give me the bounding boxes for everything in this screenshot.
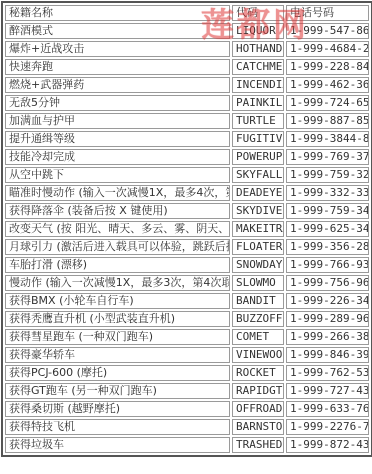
cheat-name-cell: 瞄准时慢动作 (输入一次减慢1X，最多4次，第5次取消) — [5, 185, 230, 201]
cheat-name-cell: 获得桑切斯 (越野摩托) — [5, 401, 230, 417]
phone-number-cell: 1-999-226-348 — [286, 293, 369, 309]
table-row: 月球引力 (激活后进入载具可以体验，跳跃后按 o(字母) 键漂浮)FLOATER… — [5, 239, 369, 255]
table-row: 慢动作 (输入一次减慢1X，最多3次，第4次取消)SLOWMO1-999-756… — [5, 275, 369, 291]
table-row: 获得GT跑车 (另一种双门跑车)RAPIDGT1-999-727-4348 — [5, 383, 369, 399]
cheat-name-cell: 快速奔跑 — [5, 59, 230, 75]
cheat-code-cell: RAPIDGT — [232, 383, 284, 399]
cheat-name-cell: 提升通缉等级 — [5, 131, 230, 147]
cheat-name-cell: 改变天气 (按 阳光、晴天、多云、雾、阴天、雨天、雷雨、下雪) — [5, 221, 230, 237]
cheat-code-cell: SNOWDAY — [232, 257, 284, 273]
table-row: 获得桑切斯 (越野摩托)OFFROAD1-999-633-7623 — [5, 401, 369, 417]
table-row: 燃烧+武器弹药INCENDIARY1-999-462-363-4279 — [5, 77, 369, 93]
header-phone: 电话号码 — [286, 5, 369, 21]
phone-number-cell: 1-999-759-3483 — [286, 203, 369, 219]
phone-number-cell: 1-999-759-3255 — [286, 167, 369, 183]
table-row: 车胎打滑 (漂移)SNOWDAY1-999-766-9329 — [5, 257, 369, 273]
header-code: 代码 — [232, 5, 284, 21]
cheat-code-cell: SLOWMO — [232, 275, 284, 291]
table-row: 获得特技飞机BARNSTORM1-999-2276-78676 — [5, 419, 369, 435]
cheat-code-cell: POWERUP — [232, 149, 284, 165]
cheat-name-cell: 获得PCJ-600 (摩托) — [5, 365, 230, 381]
cheat-code-cell: CATCHME — [232, 59, 284, 75]
cheat-name-cell: 技能冷却完成 — [5, 149, 230, 165]
cheat-code-cell: PAINKILLER — [232, 95, 284, 111]
header-cheat-name: 秘籍名称 — [5, 5, 230, 21]
table-row: 获得BMX (小轮车自行车)BANDIT1-999-226-348 — [5, 293, 369, 309]
cheat-name-cell: 获得降落伞 (装备后按 X 键使用) — [5, 203, 230, 219]
cheat-code-cell: FUGITIVE — [232, 131, 284, 147]
cheat-code-cell: SKYDIVE — [232, 203, 284, 219]
table-row: 提升通缉等级FUGITIVE1-999-3844-8483 — [5, 131, 369, 147]
cheat-name-cell: 无敌5分钟 — [5, 95, 230, 111]
cheat-name-cell: 从空中跳下 — [5, 167, 230, 183]
phone-number-cell: 1-999-266-38 — [286, 329, 369, 345]
phone-number-cell: 1-999-547-861 — [286, 23, 369, 39]
cheat-name-cell: 慢动作 (输入一次减慢1X，最多3次，第4次取消) — [5, 275, 230, 291]
cheat-code-cell: TURTLE — [232, 113, 284, 129]
cheat-name-cell: 车胎打滑 (漂移) — [5, 257, 230, 273]
cheat-name-cell: 获得BMX (小轮车自行车) — [5, 293, 230, 309]
cheat-name-cell: 燃烧+武器弹药 — [5, 77, 230, 93]
phone-number-cell: 1-999-756-966 — [286, 275, 369, 291]
table-row: 改变天气 (按 阳光、晴天、多云、雾、阴天、雨天、雷雨、下雪)MAKEITRAI… — [5, 221, 369, 237]
cheat-name-cell: 获得特技飞机 — [5, 419, 230, 435]
cheat-code-cell: BUZZOFF — [232, 311, 284, 327]
phone-number-cell: 1-999-769-3787 — [286, 149, 369, 165]
cheat-name-cell: 醉酒模式 — [5, 23, 230, 39]
table-row: 醉酒模式LIQUOR1-999-547-861 — [5, 23, 369, 39]
phone-number-cell: 1-999-846-39663 — [286, 347, 369, 363]
phone-number-cell: 1-999-356-2837 — [286, 239, 369, 255]
phone-number-cell: 1-999-228-8463 — [286, 59, 369, 75]
table-body: 醉酒模式LIQUOR1-999-547-861爆炸+近战攻击HOTHANDS1-… — [5, 23, 369, 453]
table-row: 获得彗星跑车 (一种双门跑车)COMET1-999-266-38 — [5, 329, 369, 345]
cheat-name-cell: 爆炸+近战攻击 — [5, 41, 230, 57]
cheat-name-cell: 获得秃鹰直升机 (小型武装直升机) — [5, 311, 230, 327]
phone-number-cell: 1-999-872-433 — [286, 437, 369, 453]
phone-number-cell: 1-999-762-538 — [286, 365, 369, 381]
cheat-name-cell: 加满血与护甲 — [5, 113, 230, 129]
cheat-code-cell: BANDIT — [232, 293, 284, 309]
cheat-code-cell: ROCKET — [232, 365, 284, 381]
cheat-code-cell: BARNSTORM — [232, 419, 284, 435]
phone-number-cell: 1-999-727-4348 — [286, 383, 369, 399]
table-row: 获得豪华轿车VINEWOOD1-999-846-39663 — [5, 347, 369, 363]
table-row: 无敌5分钟PAINKILLER1-999-724-654-5537 — [5, 95, 369, 111]
phone-number-cell: 1-999-766-9329 — [286, 257, 369, 273]
cheat-code-cell: TRASHED — [232, 437, 284, 453]
phone-number-cell: 1-999-289-9633 — [286, 311, 369, 327]
header-row: 秘籍名称 代码 电话号码 — [5, 5, 369, 21]
table-row: 获得垃圾车TRASHED1-999-872-433 — [5, 437, 369, 453]
table-row: 从空中跳下SKYFALL1-999-759-3255 — [5, 167, 369, 183]
table-row: 获得PCJ-600 (摩托)ROCKET1-999-762-538 — [5, 365, 369, 381]
table-row: 获得降落伞 (装备后按 X 键使用)SKYDIVE1-999-759-3483 — [5, 203, 369, 219]
cheat-code-cell: SKYFALL — [232, 167, 284, 183]
cheat-name-cell: 获得GT跑车 (另一种双门跑车) — [5, 383, 230, 399]
cheat-code-cell: OFFROAD — [232, 401, 284, 417]
cheat-name-cell: 月球引力 (激活后进入载具可以体验，跳跃后按 o(字母) 键漂浮) — [5, 239, 230, 255]
cheat-code-table: 秘籍名称 代码 电话号码 醉酒模式LIQUOR1-999-547-861爆炸+近… — [1, 1, 372, 457]
phone-number-cell: 1-999-887-853 — [286, 113, 369, 129]
phone-number-cell: 1-999-633-7623 — [286, 401, 369, 417]
cheat-code-cell: INCENDIARY — [232, 77, 284, 93]
table-row: 瞄准时慢动作 (输入一次减慢1X，最多4次，第5次取消)DEADEYE1-999… — [5, 185, 369, 201]
phone-number-cell: 1-999-2276-78676 — [286, 419, 369, 435]
cheat-name-cell: 获得垃圾车 — [5, 437, 230, 453]
phone-number-cell: 1-999-462-363-4279 — [286, 77, 369, 93]
cheat-code-page: 秘籍名称 代码 电话号码 醉酒模式LIQUOR1-999-547-861爆炸+近… — [0, 1, 372, 474]
cheat-code-cell: COMET — [232, 329, 284, 345]
cheat-name-cell: 获得彗星跑车 (一种双门跑车) — [5, 329, 230, 345]
phone-number-cell: 1-999-625-348-7246 — [286, 221, 369, 237]
cheat-code-cell: DEADEYE — [232, 185, 284, 201]
phone-number-cell: 1-999-724-654-5537 — [286, 95, 369, 111]
cheat-code-cell: FLOATER — [232, 239, 284, 255]
phone-number-cell: 1-999-332-3393 — [286, 185, 369, 201]
table-row: 快速奔跑CATCHME1-999-228-8463 — [5, 59, 369, 75]
table-row: 加满血与护甲TURTLE1-999-887-853 — [5, 113, 369, 129]
phone-number-cell: 1-999-3844-8483 — [286, 131, 369, 147]
phone-number-cell: 1-999-4684-2637 — [286, 41, 369, 57]
cheat-code-cell: MAKEITRAIN — [232, 221, 284, 237]
cheat-code-cell: VINEWOOD — [232, 347, 284, 363]
cheat-code-cell: HOTHANDS — [232, 41, 284, 57]
table-row: 获得秃鹰直升机 (小型武装直升机)BUZZOFF1-999-289-9633 — [5, 311, 369, 327]
cheat-code-cell: LIQUOR — [232, 23, 284, 39]
table-row: 技能冷却完成POWERUP1-999-769-3787 — [5, 149, 369, 165]
cheat-name-cell: 获得豪华轿车 — [5, 347, 230, 363]
table-row: 爆炸+近战攻击HOTHANDS1-999-4684-2637 — [5, 41, 369, 57]
